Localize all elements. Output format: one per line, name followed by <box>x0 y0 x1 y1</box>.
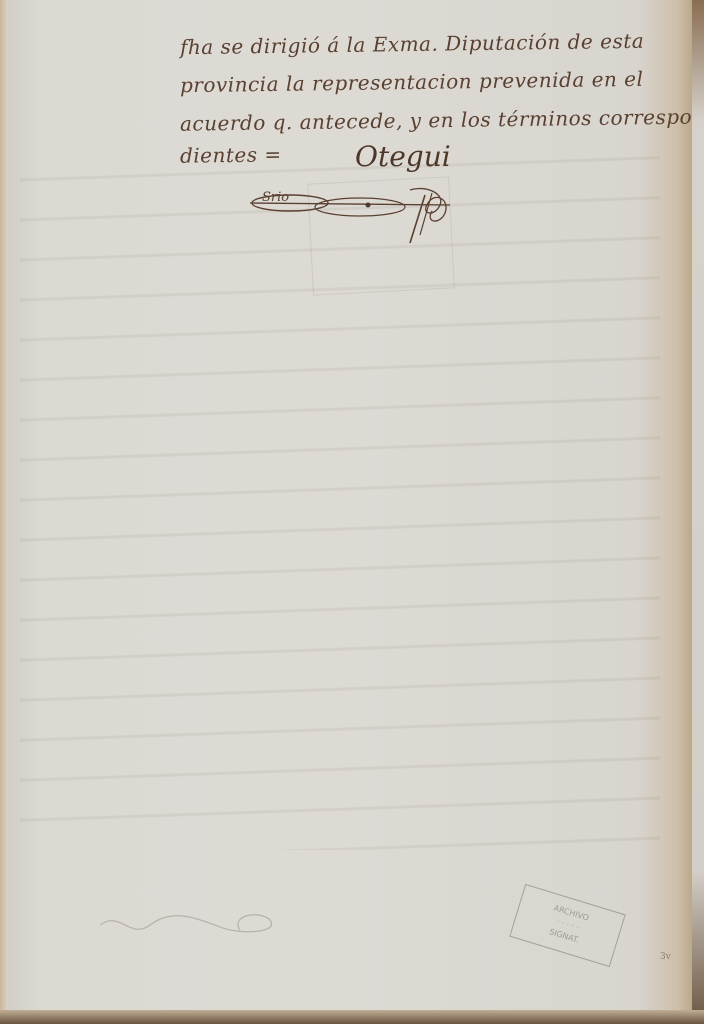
signature: Otegui <box>355 140 451 173</box>
manuscript-line-3: acuerdo q. antecede, y en los términos c… <box>180 104 692 135</box>
secretary-label: Srio <box>262 190 289 205</box>
manuscript-line-4: dientes = <box>180 142 282 167</box>
faint-show-through-signature-icon <box>90 905 290 945</box>
manuscript-page: fha se dirigió á la Exma. Diputación de … <box>0 0 692 1024</box>
manuscript-line-2: provincia la representacion prevenida en… <box>180 67 644 97</box>
show-through-text <box>20 150 660 850</box>
page-bottom-edge <box>0 1010 704 1024</box>
manuscript-line-1: fha se dirigió á la Exma. Diputación de … <box>180 29 645 59</box>
archive-stamp: ARCHIVO · · · · · SIGNAT. <box>509 884 625 967</box>
folio-mark: 3v <box>660 952 671 962</box>
page-right-edge <box>692 0 704 1024</box>
page-left-edge <box>0 0 8 1024</box>
